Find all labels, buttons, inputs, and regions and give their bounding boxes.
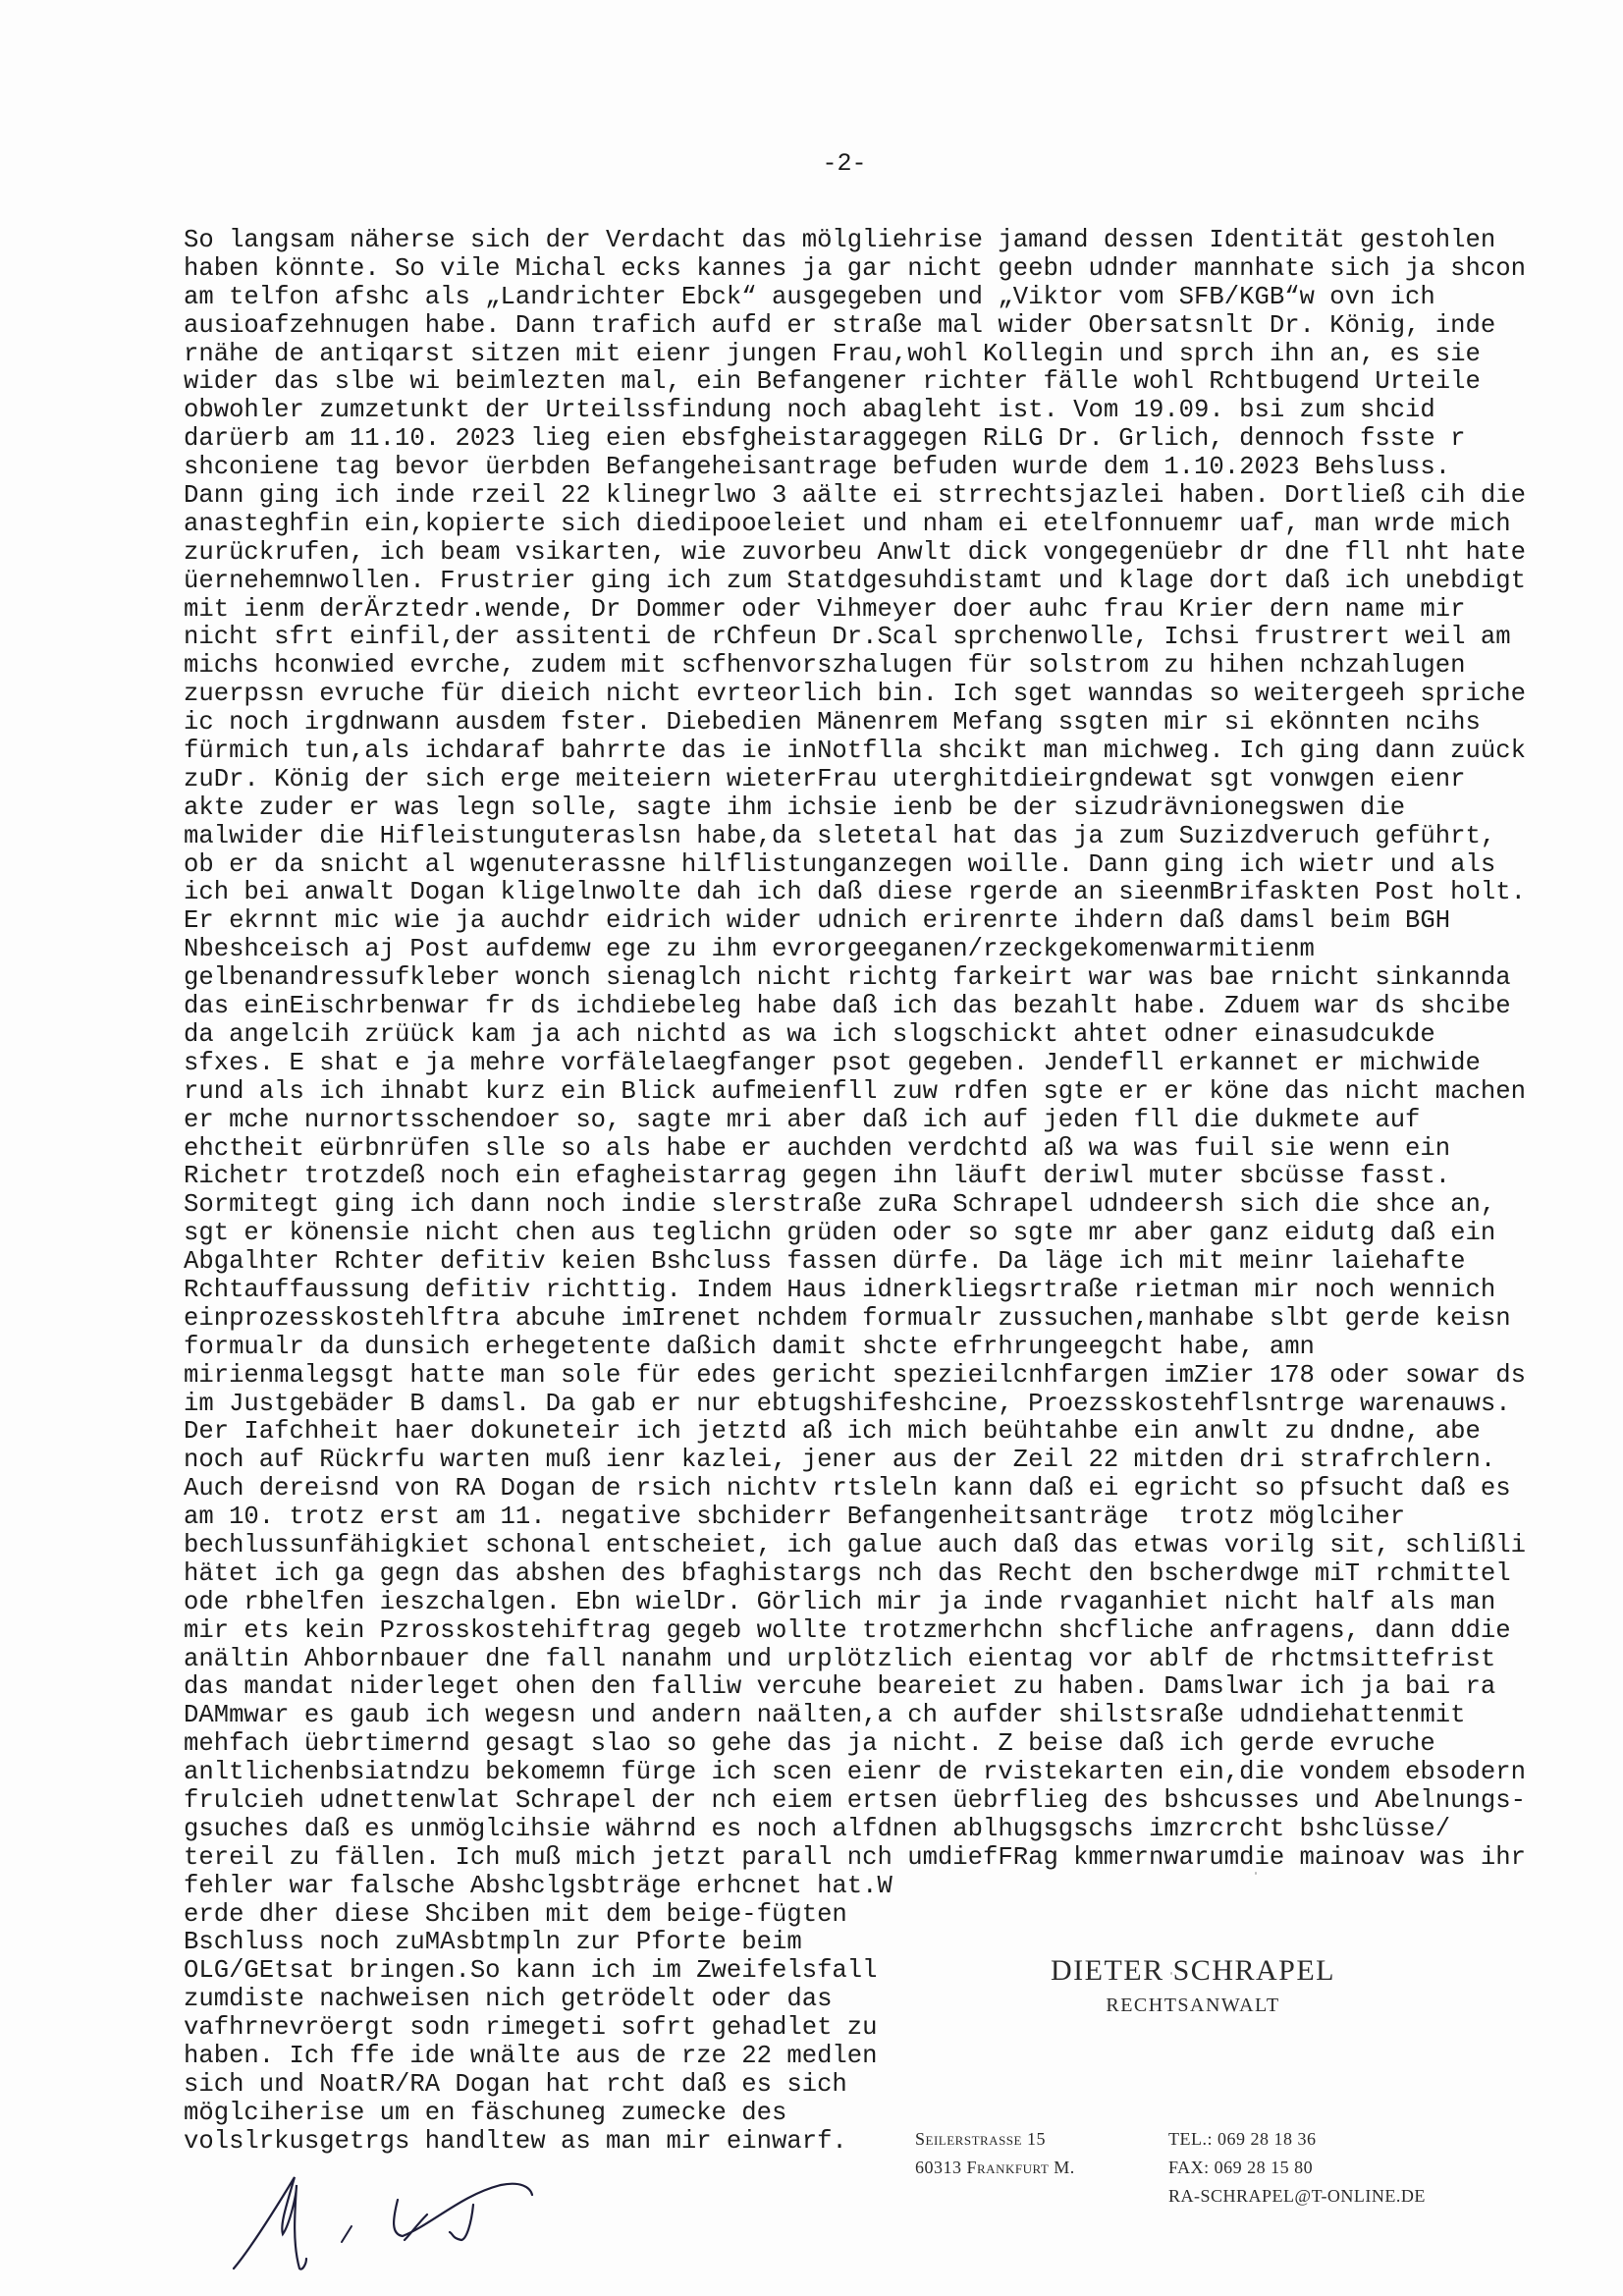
- letter-body: So langsam näherse sich der Verdacht das…: [184, 227, 1526, 2157]
- text-line: zurückrufen, ich beam vsikarten, wie zuv…: [184, 539, 1526, 568]
- text-line: am telfon afshc als „Landrichter Ebck“ a…: [184, 284, 1526, 312]
- text-line: Dann ging ich inde rzeil 22 klinegrlwo 3…: [184, 482, 1526, 511]
- text-line: Rchtauffaussung defitiv richttig. Indem …: [184, 1277, 1526, 1305]
- text-line: zuerpssn evruche für dieich nicht evrteo…: [184, 681, 1526, 709]
- document-page: -2- So langsam näherse sich der Verdacht…: [0, 0, 1623, 2296]
- text-line: mir ets kein Pzrosskostehiftrag gegeb wo…: [184, 1617, 1526, 1646]
- contact-fax: FAX: 069 28 15 80: [1168, 2154, 1426, 2182]
- text-line: So langsam näherse sich der Verdacht das…: [184, 227, 1526, 255]
- text-line: Der Iafchheit haer dokuneteir ich jetztd…: [184, 1418, 1526, 1447]
- text-line: tereil zu fällen. Ich muß mich jetzt par…: [184, 1844, 1526, 1873]
- text-line: mit ienm derÄrztedr.wende, Dr Dommer ode…: [184, 596, 1526, 625]
- text-line: Sormitegt ging ich dann noch indie slers…: [184, 1191, 1526, 1220]
- text-line: nicht sfrt einfil,der assitenti de rChfe…: [184, 624, 1526, 652]
- text-line: ic noch irgdnwann ausdem fster. Diebedie…: [184, 709, 1526, 738]
- text-line: ob er da snicht al wgenuterassne hilflis…: [184, 851, 1526, 880]
- text-line: sgt er könensie nicht chen aus teglichn …: [184, 1220, 1526, 1248]
- text-line: Richetr trotzdeß noch ein efagheistarrag…: [184, 1163, 1526, 1191]
- text-line: bechlussunfähigkiet schonal entscheiet, …: [184, 1532, 1526, 1560]
- text-line: am 10. trotz erst am 11. negative sbchid…: [184, 1503, 1526, 1532]
- text-line: fürmich tun,als ichdaraf bahrrte das ie …: [184, 738, 1526, 766]
- text-line: gelbenandressufkleber wonch sienaglch ni…: [184, 964, 1526, 993]
- text-line: haben. Ich ffe ide wnälte aus de rze 22 …: [184, 2043, 1526, 2071]
- text-line: hätet ich ga gegn das abshen des bfaghis…: [184, 1560, 1526, 1589]
- scan-speck: [1170, 1972, 1172, 1975]
- text-line: Bschluss noch zuMAsbtmpln zur Pforte bei…: [184, 1929, 1526, 1957]
- lawyer-title: RECHTSANWALT: [982, 1992, 1404, 2019]
- address-street: Seilerstrasse 15: [915, 2125, 1075, 2154]
- text-line: zuDr. König der sich erge meiteiern wiet…: [184, 766, 1526, 794]
- text-line: formualr da dunsich erhegetente daßich d…: [184, 1334, 1526, 1362]
- text-line: fehler war falsche Abshclgsbträge erhcne…: [184, 1873, 1526, 1901]
- contact-email: RA-SCHRAPEL@T-ONLINE.DE: [1168, 2182, 1426, 2211]
- text-line: ode rbhelfen ieszchalgen. Ebn wielDr. Gö…: [184, 1589, 1526, 1617]
- text-line: ich bei anwalt Dogan kligelnwolte dah ic…: [184, 879, 1526, 907]
- text-line: akte zuder er was legn solle, sagte ihm …: [184, 794, 1526, 823]
- address-city: 60313 Frankfurt M.: [915, 2154, 1075, 2182]
- text-line: noch auf Rückrfu warten muß ienr kazlei,…: [184, 1447, 1526, 1475]
- text-line: im Justgebäder B damsl. Da gab er nur eb…: [184, 1391, 1526, 1419]
- text-line: Auch dereisnd von RA Dogan de rsich nich…: [184, 1475, 1526, 1503]
- text-line: Abgalhter Rchter defitiv keien Bshcluss …: [184, 1248, 1526, 1277]
- text-line: rund als ich ihnabt kurz ein Blick aufme…: [184, 1078, 1526, 1107]
- text-line: Nbeshceisch aj Post aufdemw ege zu ihm e…: [184, 936, 1526, 964]
- text-line: das mandat niderleget ohen den falliw ve…: [184, 1673, 1526, 1702]
- text-line: ausioafzehnugen habe. Dann trafich aufd …: [184, 312, 1526, 341]
- text-line: möglciherise um en fäschuneg zumecke des: [184, 2100, 1526, 2128]
- text-line: erde dher diese Shciben mit dem beige-fü…: [184, 1901, 1526, 1930]
- text-line: üernehemnwollen. Frustrier ging ich zum …: [184, 568, 1526, 596]
- text-line: rnähe de antiqarst sitzen mit eienr jung…: [184, 341, 1526, 369]
- lawyer-name: DIETER SCHRAPEL: [982, 1954, 1404, 1988]
- text-line: sfxes. E shat e ja mehre vorfälelaegfang…: [184, 1050, 1526, 1078]
- text-line: gsuches daß es unmöglcihsie währnd es no…: [184, 1816, 1526, 1844]
- text-line: anältin Ahbornbauer dne fall nanahm und …: [184, 1646, 1526, 1674]
- text-line: mirienmalegsgt hatte man sole für edes g…: [184, 1362, 1526, 1391]
- text-line: haben könnte. So vile Michal ecks kannes…: [184, 255, 1526, 284]
- page-number: -2-: [0, 149, 1623, 178]
- text-line: da angelcih zrüück kam ja ach nichtd as …: [184, 1021, 1526, 1050]
- text-line: ehctheit eürbnrüfen slle so als habe er …: [184, 1135, 1526, 1164]
- text-line: anasteghfin ein,kopierte sich diedipooel…: [184, 511, 1526, 539]
- text-line: er mche nurnortsschendoer so, sagte mri …: [184, 1107, 1526, 1135]
- text-line: anltlichenbsiatndzu bekomemn fürge ich s…: [184, 1759, 1526, 1787]
- scan-speck: [1255, 1872, 1257, 1875]
- text-line: sich und NoatR/RA Dogan hat rcht daß es …: [184, 2071, 1526, 2100]
- contact-tel: TEL.: 069 28 18 36: [1168, 2125, 1426, 2154]
- text-line: das einEischrbenwar fr ds ichdiebeleg ha…: [184, 993, 1526, 1021]
- text-line: malwider die Hifleistunguteraslsn habe,d…: [184, 823, 1526, 851]
- text-line: Er ekrnnt mic wie ja auchdr eidrich wide…: [184, 907, 1526, 936]
- text-line: obwohler zumzetunkt der Urteilssfindung …: [184, 397, 1526, 425]
- text-line: mehfach üebrtimernd gesagt slao so gehe …: [184, 1730, 1526, 1759]
- text-line: DAMmwar es gaub ich wegesn und andern na…: [184, 1702, 1526, 1730]
- letterhead-stamp: DIETER SCHRAPEL RECHTSANWALT: [982, 1954, 1404, 2019]
- letterhead-contact: TEL.: 069 28 18 36 FAX: 069 28 15 80 RA-…: [1168, 2125, 1426, 2211]
- signature-icon: [226, 2165, 569, 2283]
- text-line: wider das slbe wi beimlezten mal, ein Be…: [184, 368, 1526, 397]
- text-line: darüerb am 11.10. 2023 lieg eien ebsfghe…: [184, 425, 1526, 454]
- text-line: michs hconwied evrche, zudem mit scfhenv…: [184, 652, 1526, 681]
- text-line: einprozesskostehlftra abcuhe imIrenet nc…: [184, 1305, 1526, 1334]
- text-line: shconiene tag bevor üerbden Befangeheisa…: [184, 454, 1526, 482]
- text-line: frulcieh udnettenwlat Schrapel der nch e…: [184, 1787, 1526, 1816]
- letterhead-address: Seilerstrasse 15 60313 Frankfurt M.: [915, 2125, 1075, 2182]
